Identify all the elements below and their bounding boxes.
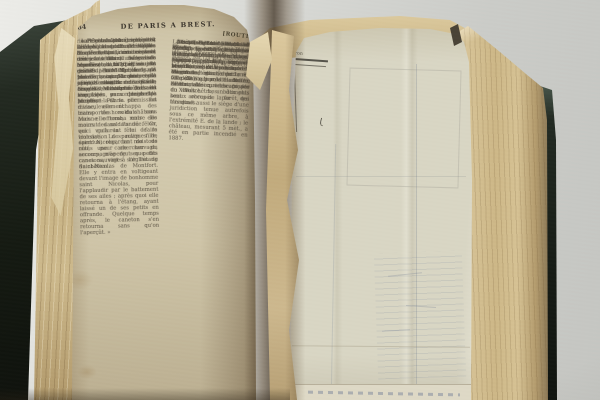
folded-map-leaf: Fron (288, 24, 476, 400)
body-text-paragraph: Au delà de Montfort, la voie ferrée fran… (171, 39, 251, 78)
text-column-left: rieur est assez richement décoré. Les de… (77, 37, 166, 400)
body-text-paragraph: La légende paraît remonter à l'époque de… (77, 37, 157, 104)
book-photo: 84 DE PARIS A BREST. [ROUTE 9]. rieur es… (0, 0, 600, 400)
running-title: DE PARIS A BREST. (112, 20, 224, 31)
text-column-right: La cane ne paraît plus. Saint-Nicolas a … (157, 39, 256, 400)
show-through-text-block (374, 251, 466, 380)
show-through-frame (346, 68, 461, 189)
ink-mark (319, 118, 325, 127)
photo-shadow (0, 388, 290, 400)
left-page: 84 DE PARIS A BREST. [ROUTE 9]. rieur es… (66, 0, 258, 400)
map-border-line (293, 64, 326, 67)
show-through-line (331, 144, 336, 394)
show-through-line (296, 176, 466, 177)
